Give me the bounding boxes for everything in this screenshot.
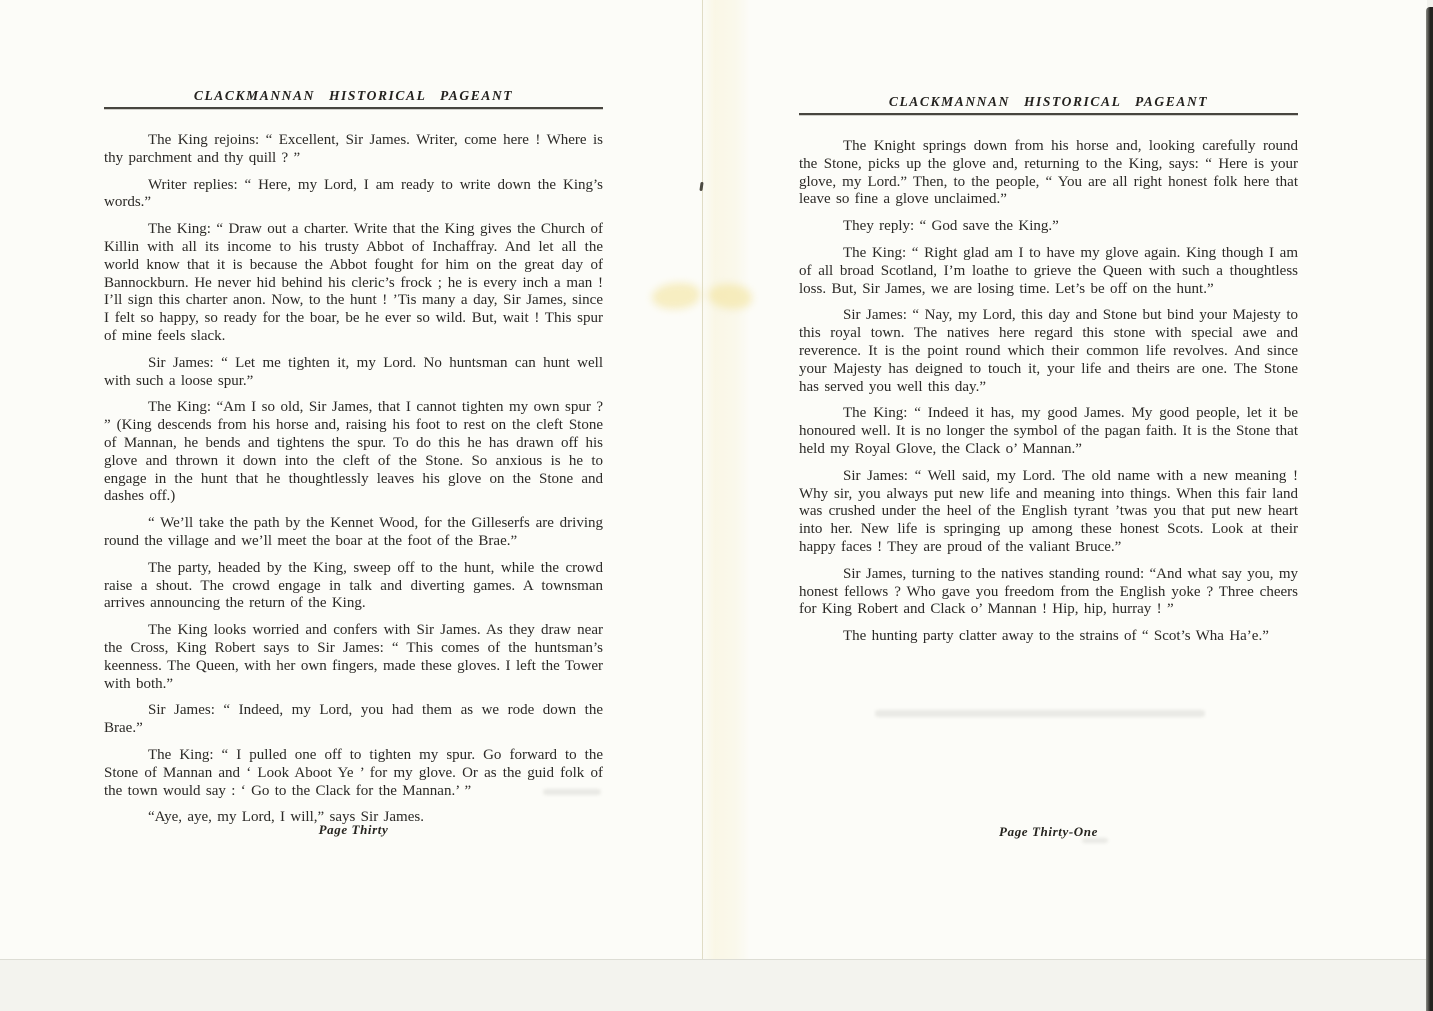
- surface-below-booklet: [0, 959, 1433, 1011]
- paragraph: The King: “ Right glad am I to have my g…: [799, 245, 1298, 298]
- paragraph: The King rejoins: “ Excellent, Sir James…: [104, 132, 603, 168]
- left-page-body: The King rejoins: “ Excellent, Sir James…: [104, 132, 603, 827]
- right-page-running-head: CLACKMANNAN HISTORICAL PAGEANT: [799, 94, 1298, 113]
- paragraph: Writer replies: “ Here, my Lord, I am re…: [104, 177, 603, 213]
- paragraph: The King looks worried and confers with …: [104, 622, 603, 693]
- left-page: CLACKMANNAN HISTORICAL PAGEANT The King …: [104, 88, 603, 836]
- right-page: CLACKMANNAN HISTORICAL PAGEANT The Knigh…: [799, 94, 1298, 655]
- booklet-right-edge-shadow: [1426, 7, 1433, 1011]
- paragraph: Sir James: “ Let me tighten it, my Lord.…: [104, 355, 603, 391]
- paragraph: Sir James: “ Well said, my Lord. The old…: [799, 468, 1298, 557]
- paragraph: The King: “ Draw out a charter. Write th…: [104, 221, 603, 346]
- left-page-header-rule: [104, 107, 603, 109]
- right-page-number: Page Thirty-One: [799, 824, 1298, 840]
- left-page-running-head: CLACKMANNAN HISTORICAL PAGEANT: [104, 88, 603, 107]
- paragraph: The King: “ I pulled one off to tighten …: [104, 747, 603, 800]
- paragraph: Sir James: “ Nay, my Lord, this day and …: [799, 307, 1298, 396]
- paragraph: The hunting party clatter away to the st…: [799, 628, 1298, 646]
- paragraph: “ We’ll take the path by the Kennet Wood…: [104, 515, 603, 551]
- paragraph: Sir James, turning to the natives standi…: [799, 566, 1298, 619]
- paragraph: They reply: “ God save the King.”: [799, 218, 1298, 236]
- right-page-header-rule: [799, 113, 1298, 115]
- paragraph: The party, headed by the King, sweep off…: [104, 560, 603, 613]
- paragraph: Sir James: “ Indeed, my Lord, you had th…: [104, 702, 603, 738]
- scanned-booklet-spread: CLACKMANNAN HISTORICAL PAGEANT The King …: [0, 0, 1433, 1011]
- right-page-body: The Knight springs down from his horse a…: [799, 138, 1298, 646]
- gutter-crease-line: [702, 0, 703, 959]
- gutter-shading: [700, 0, 750, 959]
- paragraph: The King: “ Indeed it has, my good James…: [799, 405, 1298, 458]
- paragraph: The King: “Am I so old, Sir James, that …: [104, 399, 603, 506]
- left-page-number: Page Thirty: [104, 822, 603, 838]
- pencil-smudge: [875, 710, 1205, 717]
- paragraph: The Knight springs down from his horse a…: [799, 138, 1298, 209]
